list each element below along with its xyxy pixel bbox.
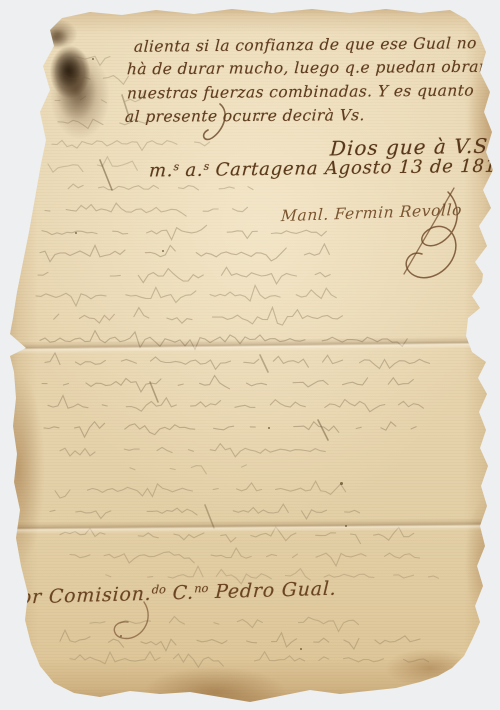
- address-recipient-name: Pedro Gual.: [208, 578, 337, 604]
- letter-body-line-3: nuestras fuerzas combinadas. Y es quanto: [127, 81, 475, 102]
- letter-body-line-2: hà de durar mucho, luego q.e puedan obra…: [127, 58, 488, 79]
- dateline-abbr-muchos: m.: [148, 160, 174, 181]
- address-sup-no: no: [194, 581, 209, 595]
- address-citizen-abbr: C.: [165, 582, 194, 605]
- signature-name: Manl. Fermin Revollo: [281, 201, 463, 225]
- dateline-abbr-anos: a.: [178, 160, 204, 181]
- fold-crease-upper: [0, 336, 500, 354]
- address-sup-do: do: [151, 582, 166, 596]
- ink-speck: [92, 58, 94, 60]
- ink-speck: [75, 232, 77, 234]
- manuscript-page: alienta si la confianza de que ese Gual …: [0, 0, 500, 710]
- dateline: m.s a.s Cartagena Agosto 13 de 1815: [148, 155, 500, 181]
- dateline-place-date: Cartagena Agosto 13 de 1815: [208, 155, 500, 180]
- corner-stain: [36, 26, 126, 146]
- address-honorific: Sor Comision.: [6, 583, 152, 609]
- ink-speck: [300, 648, 302, 650]
- photo-background: alienta si la confianza de que ese Gual …: [0, 0, 500, 710]
- ink-speck: [120, 635, 122, 637]
- ink-speck: [345, 525, 347, 527]
- fold-crease-lower: [0, 518, 500, 534]
- letter-body-line-4: al presente ocurre decirà Vs.: [125, 106, 366, 126]
- address-line: Sor Comision.do C.no Pedro Gual.: [6, 577, 338, 609]
- ink-speck: [162, 250, 164, 252]
- ink-speck: [340, 482, 343, 485]
- ink-speck: [268, 427, 270, 429]
- letter-body-line-1: alienta si la confianza de que ese Gual …: [134, 34, 478, 56]
